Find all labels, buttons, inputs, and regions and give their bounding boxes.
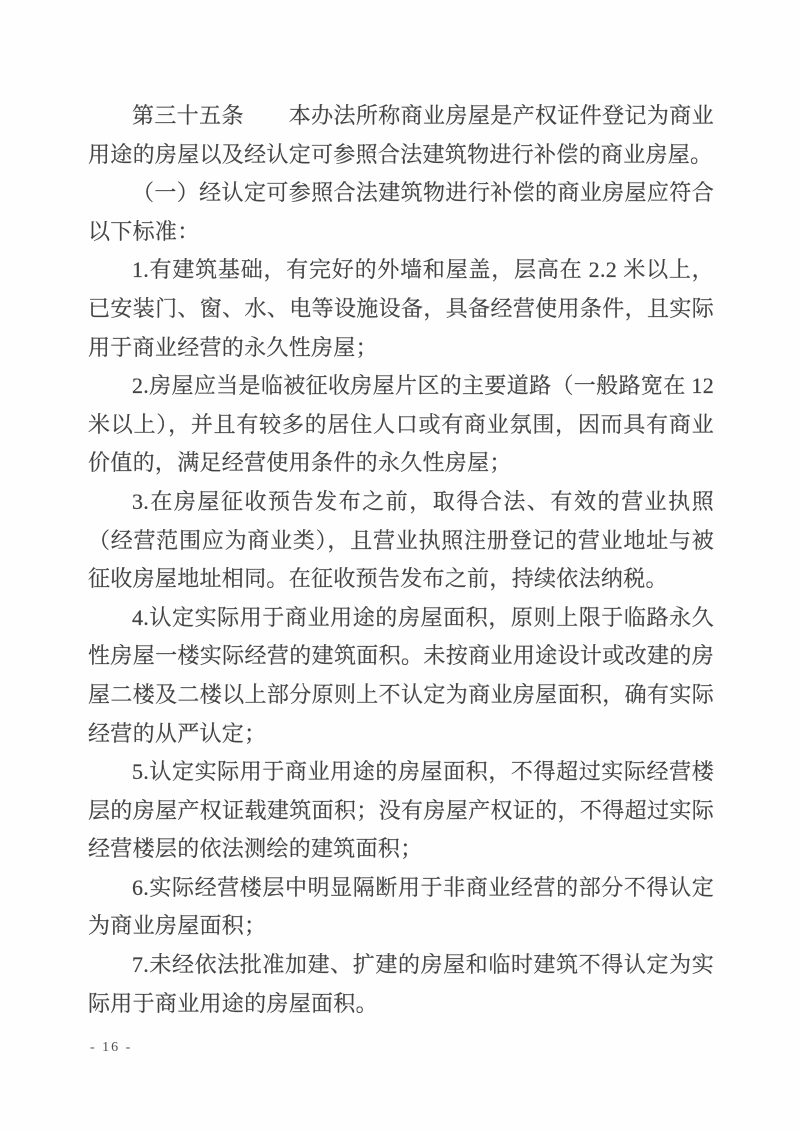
paragraph-standard-3: 3.在房屋征收预告发布之前，取得合法、有效的营业执照（经营范围应为商业类），且营… [88,483,714,599]
paragraph-article-35: 第三十五条 本办法所称商业房屋是产权证件登记为商业用途的房屋以及经认定可参照合法… [88,97,714,174]
paragraph-standard-5: 5.认定实际用于商业用途的房屋面积，不得超过实际经营楼层的房屋产权证载建筑面积；… [88,753,714,869]
paragraph-standard-4: 4.认定实际用于商业用途的房屋面积，原则上限于临路永久性房屋一楼实际经营的建筑面… [88,599,714,753]
document-body: 第三十五条 本办法所称商业房屋是产权证件登记为商业用途的房屋以及经认定可参照合法… [88,97,714,1023]
paragraph-clause-1-intro: （一）经认定可参照合法建筑物进行补偿的商业房屋应符合以下标准： [88,174,714,251]
paragraph-standard-6: 6.实际经营楼层中明显隔断用于非商业经营的部分不得认定为商业房屋面积； [88,869,714,946]
page-number: - 16 - [90,1040,132,1056]
paragraph-standard-7: 7.未经依法批准加建、扩建的房屋和临时建筑不得认定为实际用于商业用途的房屋面积。 [88,946,714,1023]
scanned-document-page: 第三十五条 本办法所称商业房屋是产权证件登记为商业用途的房屋以及经认定可参照合法… [0,0,800,1131]
paragraph-standard-2: 2.房屋应当是临被征收房屋片区的主要道路（一般路宽在 12 米以上），并且有较多… [88,367,714,483]
paragraph-standard-1: 1.有建筑基础，有完好的外墙和屋盖，层高在 2.2 米以上，已安装门、窗、水、电… [88,251,714,367]
